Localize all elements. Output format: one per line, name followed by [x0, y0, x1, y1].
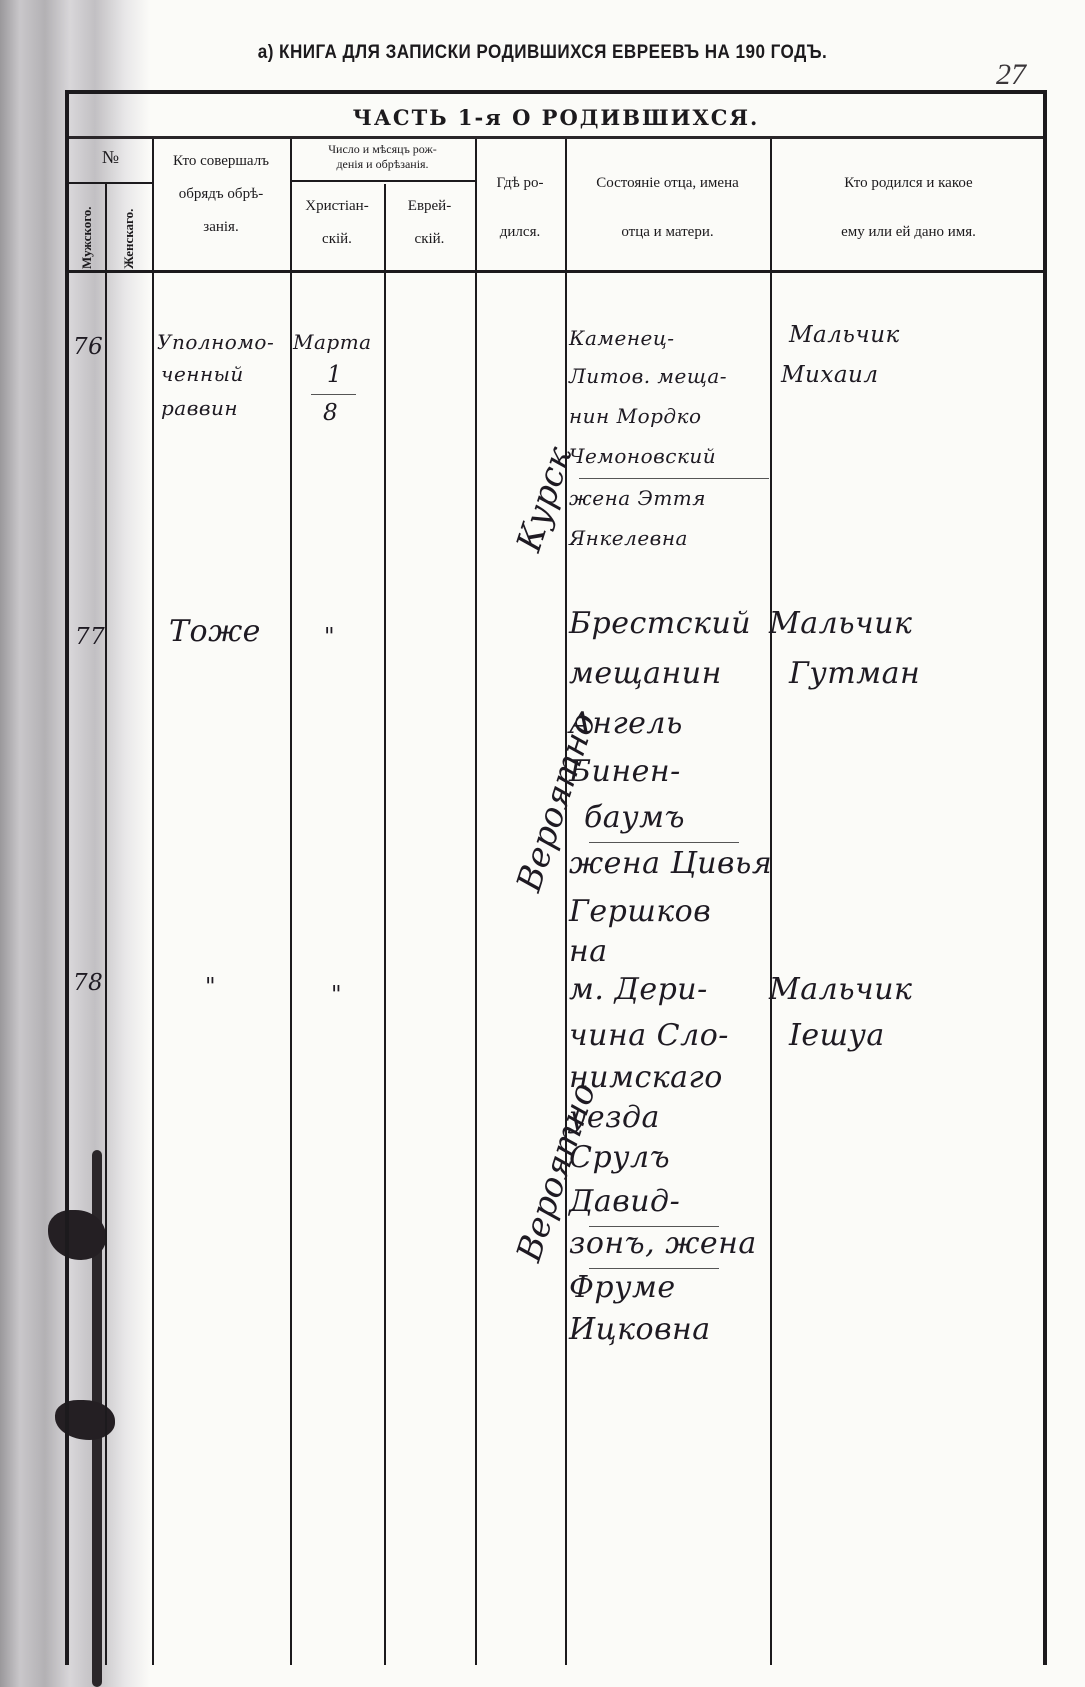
separator-line [589, 842, 739, 843]
parents-line: Чемоновский [569, 444, 716, 468]
column-divider [105, 184, 107, 1665]
child-line: Михаил [781, 362, 879, 388]
fraction-line [311, 394, 356, 395]
separator-line [589, 1268, 719, 1269]
row-number: 76 [73, 334, 103, 360]
performer-line: ченный [161, 362, 244, 386]
column-divider [290, 139, 292, 1665]
parents-line: Ицковна [569, 1312, 711, 1347]
row-number: 78 [73, 970, 103, 996]
parents-line: Срулъ [569, 1140, 670, 1175]
column-divider [565, 139, 567, 1665]
header-christian: Христіан- скій. [290, 197, 384, 249]
header-performer: Кто совершалъ обрядъ обрѣ- занія. [152, 152, 290, 236]
header-jewish: Еврей- скій. [384, 197, 475, 249]
parents-line: нин Мордко [569, 404, 702, 428]
column-divider [475, 139, 477, 1665]
christian-date: 8 [323, 400, 338, 426]
performer-line: Уполномо- [157, 330, 274, 354]
header-divider [290, 180, 475, 182]
parents-line: жена Цивья [569, 846, 772, 881]
child-line: Мальчик [769, 972, 912, 1007]
header-divider [69, 182, 152, 184]
parents-line: м. Дери- [569, 972, 708, 1007]
performer-line: раввин [161, 396, 238, 420]
separator-line [579, 478, 769, 479]
page-number: 27 [996, 58, 1026, 92]
parents-line: Янкелевна [569, 526, 688, 550]
column-divider [770, 139, 772, 1665]
performer-line: " [205, 974, 216, 1000]
christian-date: " [331, 982, 342, 1008]
parents-line: мещанин [569, 656, 722, 691]
child-line: Гутман [789, 656, 920, 691]
parents-line: Каменец- [569, 326, 675, 350]
christian-date: Марта [293, 330, 372, 354]
page-title: а) КНИГА ДЛЯ ЗАПИСКИ РОДИВШИХСЯ ЕВРЕЕВЪ … [54, 42, 1031, 64]
performer-line: Тоже [169, 614, 261, 649]
header-child: Кто родился и какое ему или ей дано имя. [770, 174, 1047, 242]
parents-line: Давид- [569, 1184, 680, 1219]
header-bottom-rule [69, 270, 1043, 273]
parents-line: жена Эття [569, 486, 706, 510]
parents-line: Брестский [569, 606, 751, 641]
column-divider [384, 184, 386, 1665]
child-line: Іешуа [789, 1018, 885, 1053]
christian-date: " [324, 624, 335, 650]
header-number: № [69, 146, 152, 169]
header-male: Мужского. [79, 189, 95, 269]
header-female: Женскаго. [121, 189, 137, 269]
parents-line: на [569, 934, 608, 969]
parents-line: Бинен- [569, 754, 681, 789]
header-place: Гдѣ ро- дился. [475, 174, 565, 242]
child-line: Мальчик [789, 322, 900, 348]
christian-date: 1 [327, 362, 342, 388]
birth-register-table: ЧАСТЬ 1-я О РОДИВШИХСЯ. № Мужского. Женс… [65, 90, 1047, 1665]
row-number: 77 [75, 624, 105, 650]
parents-line: уезда [569, 1100, 660, 1135]
part-title: ЧАСТЬ 1-я О РОДИВШИХСЯ. [69, 94, 1043, 139]
parents-line: Литов. меща- [569, 364, 727, 388]
parents-line: баумъ [584, 800, 685, 835]
parents-line: зонъ, жена [569, 1226, 757, 1261]
header-parents: Состояніе отца, имена отца и матери. [565, 174, 770, 242]
parents-line: нимскаго [569, 1060, 723, 1095]
column-divider [152, 139, 154, 1665]
parents-line: Гершков [569, 894, 711, 929]
parents-line: Фруме [569, 1270, 676, 1305]
child-line: Мальчик [769, 606, 912, 641]
parents-line: чина Сло- [569, 1018, 729, 1053]
parents-line: Ангель [569, 706, 683, 741]
header-date-group: Число и мѣсяцъ рож- денія и обрѣзанія. [290, 142, 475, 172]
